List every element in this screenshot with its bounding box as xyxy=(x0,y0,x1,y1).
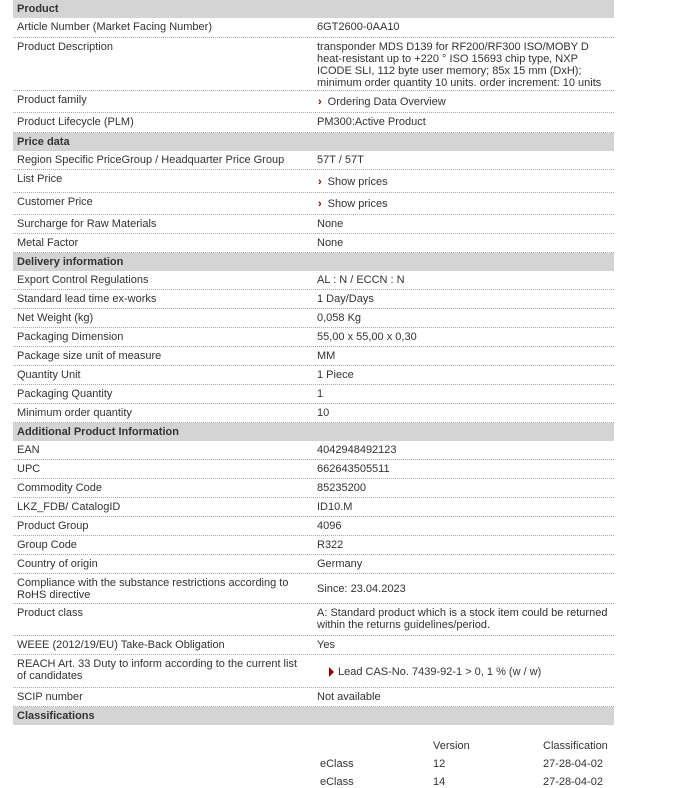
classification-code: 27-28-04-02 xyxy=(543,758,603,770)
chevron-right-icon: › xyxy=(318,198,322,210)
section-header-price-data: Price data xyxy=(13,133,614,151)
table-row: UPC662643505511 xyxy=(13,460,614,479)
row-label: Article Number (Market Facing Number) xyxy=(13,18,313,37)
row-value: 10 xyxy=(313,404,614,422)
section-header-additional-product-information: Additional Product Information xyxy=(13,423,614,441)
row-label: Packaging Quantity xyxy=(13,385,313,403)
row-label: Metal Factor xyxy=(13,234,313,252)
chevron-right-icon: › xyxy=(318,176,322,188)
table-row: Packaging Quantity1 xyxy=(13,385,614,404)
table-row: Standard lead time ex-works1 Day/Days xyxy=(13,290,614,309)
row-label: Net Weight (kg) xyxy=(13,309,313,327)
row-label: SCIP number xyxy=(13,688,313,706)
classifications-table: Version Classification eClass 12 27-28-0… xyxy=(13,725,614,781)
row-label: Compliance with the substance restrictio… xyxy=(13,574,313,603)
table-row: Metal Factor None xyxy=(13,234,614,253)
row-value: None xyxy=(313,234,614,252)
table-row: Product Description transponder MDS D139… xyxy=(13,38,614,91)
row-value: PM300:Active Product xyxy=(313,113,614,132)
row-value: 55,00 x 55,00 x 0,30 xyxy=(313,328,614,346)
row-label: WEEE (2012/19/EU) Take-Back Obligation xyxy=(13,636,313,654)
row-label: Country of origin xyxy=(13,555,313,573)
table-row: Country of originGermany xyxy=(13,555,614,574)
table-row: Article Number (Market Facing Number) 6G… xyxy=(13,18,614,38)
row-label: Product family xyxy=(13,91,313,112)
table-row: Customer Price › Show prices xyxy=(13,193,614,215)
row-label: REACH Art. 33 Duty to inform according t… xyxy=(13,655,313,687)
row-value: 4096 xyxy=(313,517,614,535)
row-label: EAN xyxy=(13,441,313,459)
row-value: A: Standard product which is a stock ite… xyxy=(313,604,614,635)
table-row: Quantity Unit1 Piece xyxy=(13,366,614,385)
row-value: 6GT2600-0AA10 xyxy=(313,18,614,37)
row-label: Region Specific PriceGroup / Headquarter… xyxy=(13,151,313,169)
row-value: Yes xyxy=(313,636,614,654)
table-row: Compliance with the substance restrictio… xyxy=(13,574,614,604)
table-row: Packaging Dimension55,00 x 55,00 x 0,30 xyxy=(13,328,614,347)
row-label: Standard lead time ex-works xyxy=(13,290,313,308)
row-label: Quantity Unit xyxy=(13,366,313,384)
row-value: 1 Day/Days xyxy=(313,290,614,308)
row-value: 4042948492123 xyxy=(313,441,614,459)
row-value: Germany xyxy=(313,555,614,573)
row-label: Export Control Regulations xyxy=(13,271,313,289)
classification-system: eClass xyxy=(320,776,354,782)
table-row: Product classA: Standard product which i… xyxy=(13,604,614,636)
table-row: Surcharge for Raw Materials None xyxy=(13,215,614,234)
row-value: 662643505511 xyxy=(313,460,614,478)
section-header-delivery-information: Delivery information xyxy=(13,253,614,271)
row-label: List Price xyxy=(13,170,313,192)
classification-system: eClass xyxy=(320,758,354,770)
row-label: Packaging Dimension xyxy=(13,328,313,346)
section-header-classifications: Classifications xyxy=(13,707,614,725)
section-header-product: Product xyxy=(13,0,614,18)
table-row: Net Weight (kg)0,058 Kg xyxy=(13,309,614,328)
table-row: Commodity Code85235200 xyxy=(13,479,614,498)
table-row: Package size unit of measureMM xyxy=(13,347,614,366)
row-value: AL : N / ECCN : N xyxy=(313,271,614,289)
table-row: EAN4042948492123 xyxy=(13,441,614,460)
table-row: WEEE (2012/19/EU) Take-Back ObligationYe… xyxy=(13,636,614,655)
table-row: Export Control RegulationsAL : N / ECCN … xyxy=(13,271,614,290)
row-label: Product class xyxy=(13,604,313,635)
classification-column-header: Classification xyxy=(543,740,608,752)
classification-version: 14 xyxy=(433,776,445,782)
row-value: None xyxy=(313,215,614,233)
ordering-data-overview-link[interactable]: › Ordering Data Overview xyxy=(317,96,446,108)
row-label: Customer Price xyxy=(13,193,313,214)
triangle-right-icon xyxy=(329,667,334,677)
row-value: MM xyxy=(313,347,614,365)
chevron-right-icon: › xyxy=(318,96,322,108)
row-label: Minimum order quantity xyxy=(13,404,313,422)
row-value: 85235200 xyxy=(313,479,614,497)
row-label: Product Group xyxy=(13,517,313,535)
row-label: UPC xyxy=(13,460,313,478)
row-label: Package size unit of measure xyxy=(13,347,313,365)
reach-substance-expand-toggle[interactable]: Lead CAS-No. 7439-92-1 > 0, 1 % (w / w) xyxy=(317,666,541,678)
table-row: Product family › Ordering Data Overview xyxy=(13,91,614,113)
row-label: Product Lifecycle (PLM) xyxy=(13,113,313,132)
row-label: LKZ_FDB/ CatalogID xyxy=(13,498,313,516)
version-column-header: Version xyxy=(433,740,470,752)
row-value: Not available xyxy=(313,688,614,706)
row-value: ID10.M xyxy=(313,498,614,516)
table-row: REACH Art. 33 Duty to inform according t… xyxy=(13,655,614,688)
product-description: transponder MDS D139 for RF200/RF300 ISO… xyxy=(313,38,614,90)
row-value: 0,058 Kg xyxy=(313,309,614,327)
table-row: Product Lifecycle (PLM) PM300:Active Pro… xyxy=(13,113,614,133)
table-row: LKZ_FDB/ CatalogIDID10.M xyxy=(13,498,614,517)
row-label: Commodity Code xyxy=(13,479,313,497)
table-row: Region Specific PriceGroup / Headquarter… xyxy=(13,151,614,170)
customer-price-show-prices-link[interactable]: › Show prices xyxy=(317,198,388,210)
row-value: 1 xyxy=(313,385,614,403)
row-label: Surcharge for Raw Materials xyxy=(13,215,313,233)
product-data-sheet: Product Article Number (Market Facing Nu… xyxy=(13,0,614,781)
table-row: Minimum order quantity10 xyxy=(13,404,614,423)
table-row: SCIP numberNot available xyxy=(13,688,614,707)
row-label: Group Code xyxy=(13,536,313,554)
row-value: R322 xyxy=(313,536,614,554)
table-row: List Price › Show prices xyxy=(13,170,614,193)
row-value: 1 Piece xyxy=(313,366,614,384)
table-row: Product Group4096 xyxy=(13,517,614,536)
row-value: 57T / 57T xyxy=(313,151,614,169)
row-value: Since: 23.04.2023 xyxy=(313,574,614,603)
classification-code: 27-28-04-02 xyxy=(543,776,603,782)
row-label: Product Description xyxy=(13,38,313,90)
table-row: Group CodeR322 xyxy=(13,536,614,555)
list-price-show-prices-link[interactable]: › Show prices xyxy=(317,176,388,188)
classification-version: 12 xyxy=(433,758,445,770)
